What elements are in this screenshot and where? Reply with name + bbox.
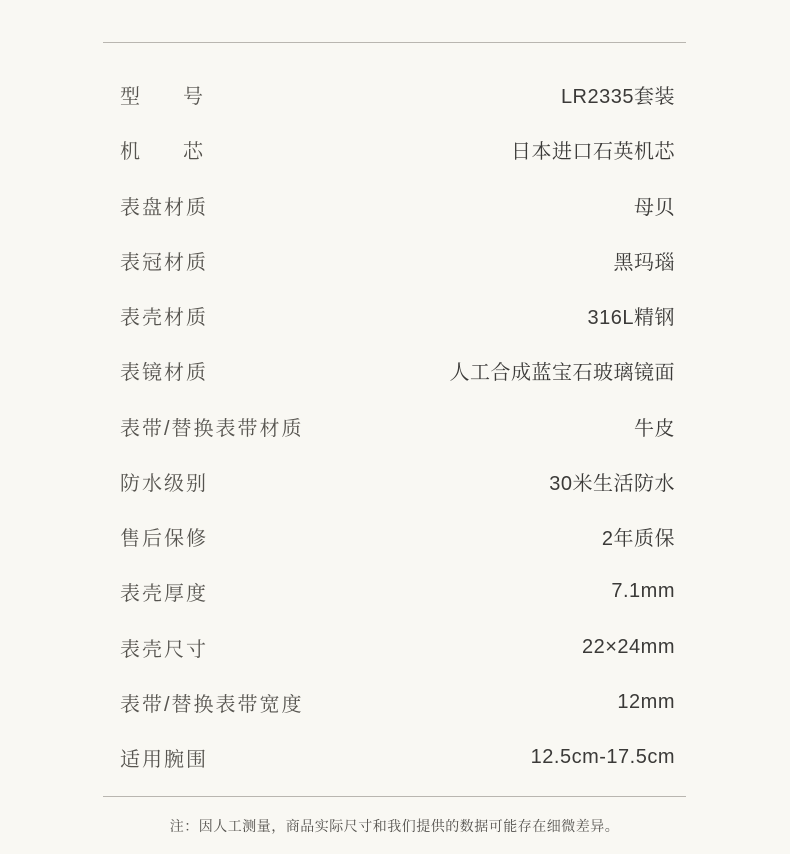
spec-label: 表镜材质 bbox=[120, 356, 208, 385]
spec-row: 表壳材质 316L精钢 bbox=[103, 288, 686, 343]
spec-label: 适用腕围 bbox=[120, 743, 208, 772]
spec-row: 防水级别 30米生活防水 bbox=[103, 454, 686, 509]
spec-row: 售后保修 2年质保 bbox=[103, 509, 686, 564]
spec-value: 30米生活防水 bbox=[549, 467, 675, 496]
spec-label: 防水级别 bbox=[120, 467, 208, 496]
spec-value: 牛皮 bbox=[634, 412, 675, 441]
spec-label: 表冠材质 bbox=[120, 246, 208, 275]
spec-label: 表带/替换表带宽度 bbox=[120, 688, 304, 717]
spec-label: 售后保修 bbox=[120, 522, 208, 551]
spec-label: 表壳尺寸 bbox=[120, 633, 208, 662]
spec-row: 型号 LR2335套装 bbox=[103, 67, 686, 122]
spec-row: 表冠材质 黑玛瑙 bbox=[103, 233, 686, 288]
spec-value: 人工合成蓝宝石玻璃镜面 bbox=[450, 356, 676, 385]
spec-row: 适用腕围 12.5cm-17.5cm bbox=[103, 730, 686, 785]
spec-row: 表壳尺寸 22×24mm bbox=[103, 620, 686, 675]
spec-label: 表带/替换表带材质 bbox=[120, 412, 304, 441]
spec-row: 表镜材质 人工合成蓝宝石玻璃镜面 bbox=[103, 343, 686, 398]
bottom-divider bbox=[103, 796, 686, 797]
spec-value: 316L精钢 bbox=[588, 301, 676, 330]
spec-label: 表壳厚度 bbox=[120, 577, 208, 606]
spec-row: 机芯 日本进口石英机芯 bbox=[103, 122, 686, 177]
spec-value: 母贝 bbox=[634, 191, 675, 220]
spec-row: 表盘材质 母贝 bbox=[103, 178, 686, 233]
spec-row: 表带/替换表带材质 牛皮 bbox=[103, 399, 686, 454]
product-spec-sheet: 型号 LR2335套装 机芯 日本进口石英机芯 表盘材质 母贝 表冠材质 黑玛瑙… bbox=[103, 42, 686, 835]
spec-value: 2年质保 bbox=[602, 522, 675, 551]
spec-value: 12.5cm-17.5cm bbox=[531, 746, 675, 769]
spec-label: 表盘材质 bbox=[120, 191, 208, 220]
spec-label: 表壳材质 bbox=[120, 301, 208, 330]
spec-row: 表壳厚度 7.1mm bbox=[103, 564, 686, 619]
spec-value: 7.1mm bbox=[611, 580, 675, 603]
spec-value: 12mm bbox=[617, 691, 675, 714]
spec-row: 表带/替换表带宽度 12mm bbox=[103, 675, 686, 730]
spec-value: 22×24mm bbox=[582, 636, 675, 659]
measurement-note: 注：因人工测量，商品实际尺寸和我们提供的数据可能存在细微差异。 bbox=[103, 817, 686, 835]
spec-table: 型号 LR2335套装 机芯 日本进口石英机芯 表盘材质 母贝 表冠材质 黑玛瑙… bbox=[103, 43, 686, 785]
spec-label: 机芯 bbox=[120, 135, 205, 164]
spec-value: 日本进口石英机芯 bbox=[511, 135, 675, 164]
spec-label: 型号 bbox=[120, 80, 205, 109]
spec-value: LR2335套装 bbox=[561, 80, 675, 109]
spec-value: 黑玛瑙 bbox=[614, 246, 676, 275]
